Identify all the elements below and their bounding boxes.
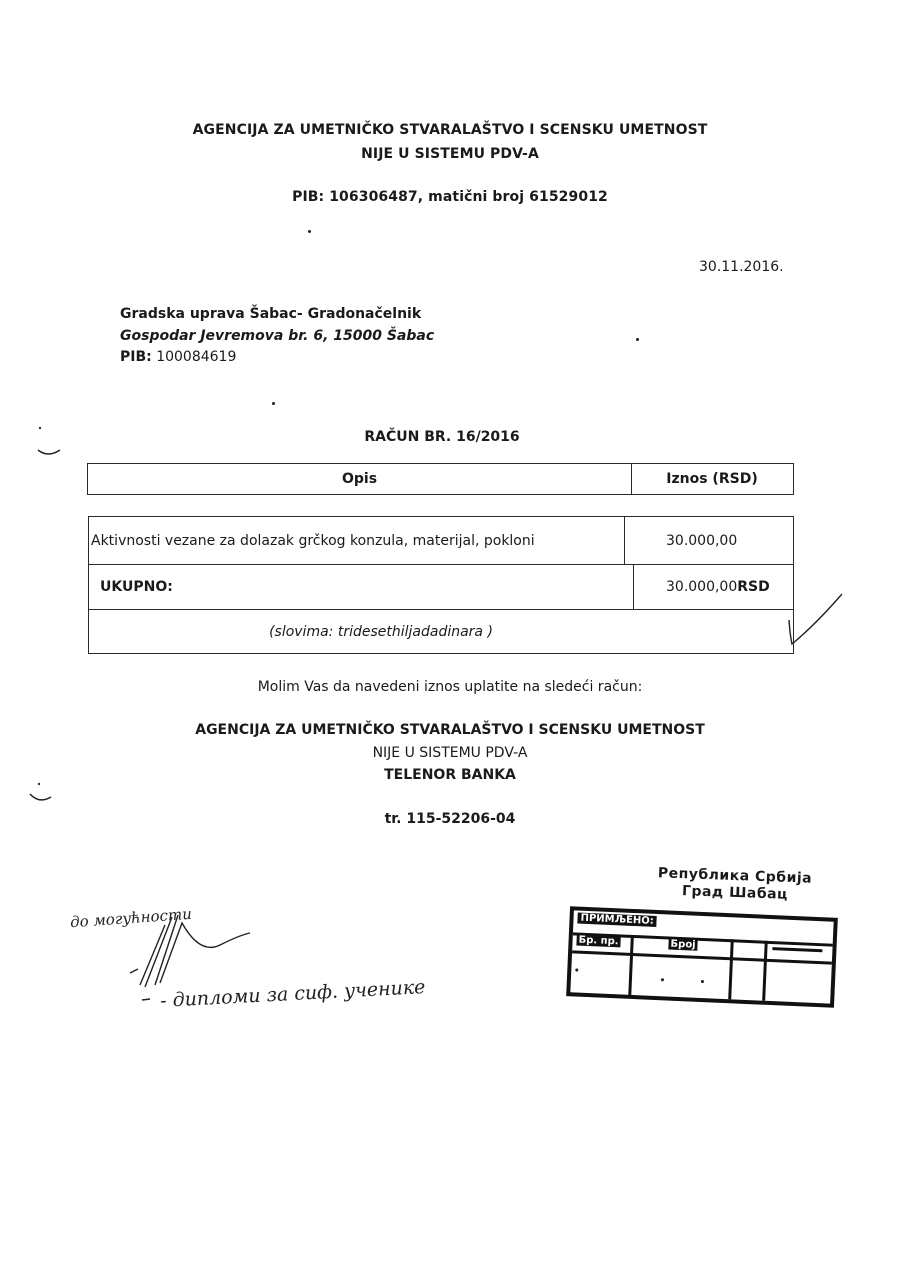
payee-name: AGENCIJA ZA UMETNIČKO STVARALAŠTVO I SCE… [0, 722, 900, 738]
payment-request: Molim Vas da navedeni iznos uplatite na … [0, 679, 900, 695]
invoice-title: RAČUN BR. 16/2016 [0, 429, 884, 445]
column-header-description: Opis [88, 464, 632, 494]
margin-mark-icon [25, 780, 65, 810]
total-currency: RSD [737, 579, 769, 595]
handwritten-note: до могућности - дипломи за сиф. ученике [60, 895, 490, 1025]
payee-vat-status: NIJE U SISTEMU PDV-A [0, 745, 900, 761]
checkmark-icon [780, 590, 850, 650]
column-header-amount: Iznos (RSD) [631, 464, 793, 494]
bank-account: tr. 115-52206-04 [0, 811, 900, 827]
bank-name: TELENOR BANKA [0, 767, 900, 783]
received-stamp: Република Србија Град Шабац ПРИМЉЕНО: Бр… [560, 868, 850, 1028]
total-label: UKUPNO: [89, 564, 634, 609]
stamp-box: ПРИМЉЕНО: Бр. пр. Број [566, 906, 838, 1008]
table-row: Aktivnosti vezane za dolazak grčkog konz… [89, 517, 793, 565]
item-amount: 30.000,00 [622, 517, 793, 564]
stamp-header: ПРИМЉЕНО: [577, 913, 657, 927]
invoice-table-body: Aktivnosti vezane za dolazak grčkog konz… [88, 516, 794, 654]
total-amount: 30.000,00 RSD [622, 564, 793, 609]
recipient-name: Gradska uprava Šabac- Gradonačelnik [120, 306, 421, 322]
issuer-vat-status: NIJE U SISTEMU PDV-A [0, 146, 900, 162]
invoice-date: 30.11.2016. [699, 259, 784, 275]
total-amount-value: 30.000,00 [666, 579, 737, 595]
scan-speck [272, 402, 275, 405]
scan-speck [308, 230, 311, 233]
recipient-pib-value: 100084619 [152, 349, 237, 365]
recipient-pib: PIB: 100084619 [120, 349, 236, 365]
issuer-name: AGENCIJA ZA UMETNIČKO STVARALAŠTVO I SCE… [0, 122, 900, 138]
issuer-ids: PIB: 106306487, matični broj 61529012 [0, 189, 900, 205]
stamp-col-2: Број [668, 939, 698, 951]
scan-speck [636, 338, 639, 341]
recipient-address: Gospodar Jevremova br. 6, 15000 Šabac [120, 328, 434, 344]
invoice-table-header: Opis Iznos (RSD) [87, 463, 794, 495]
amount-in-words: (slovima: tridesethiljadadinara ) [89, 609, 793, 655]
item-description: Aktivnosti vezane za dolazak grčkog konz… [89, 517, 625, 564]
recipient-pib-label: PIB: [120, 349, 152, 365]
stamp-col-1: Бр. пр. [576, 935, 620, 948]
total-row: UKUPNO: 30.000,00 RSD [89, 564, 793, 610]
